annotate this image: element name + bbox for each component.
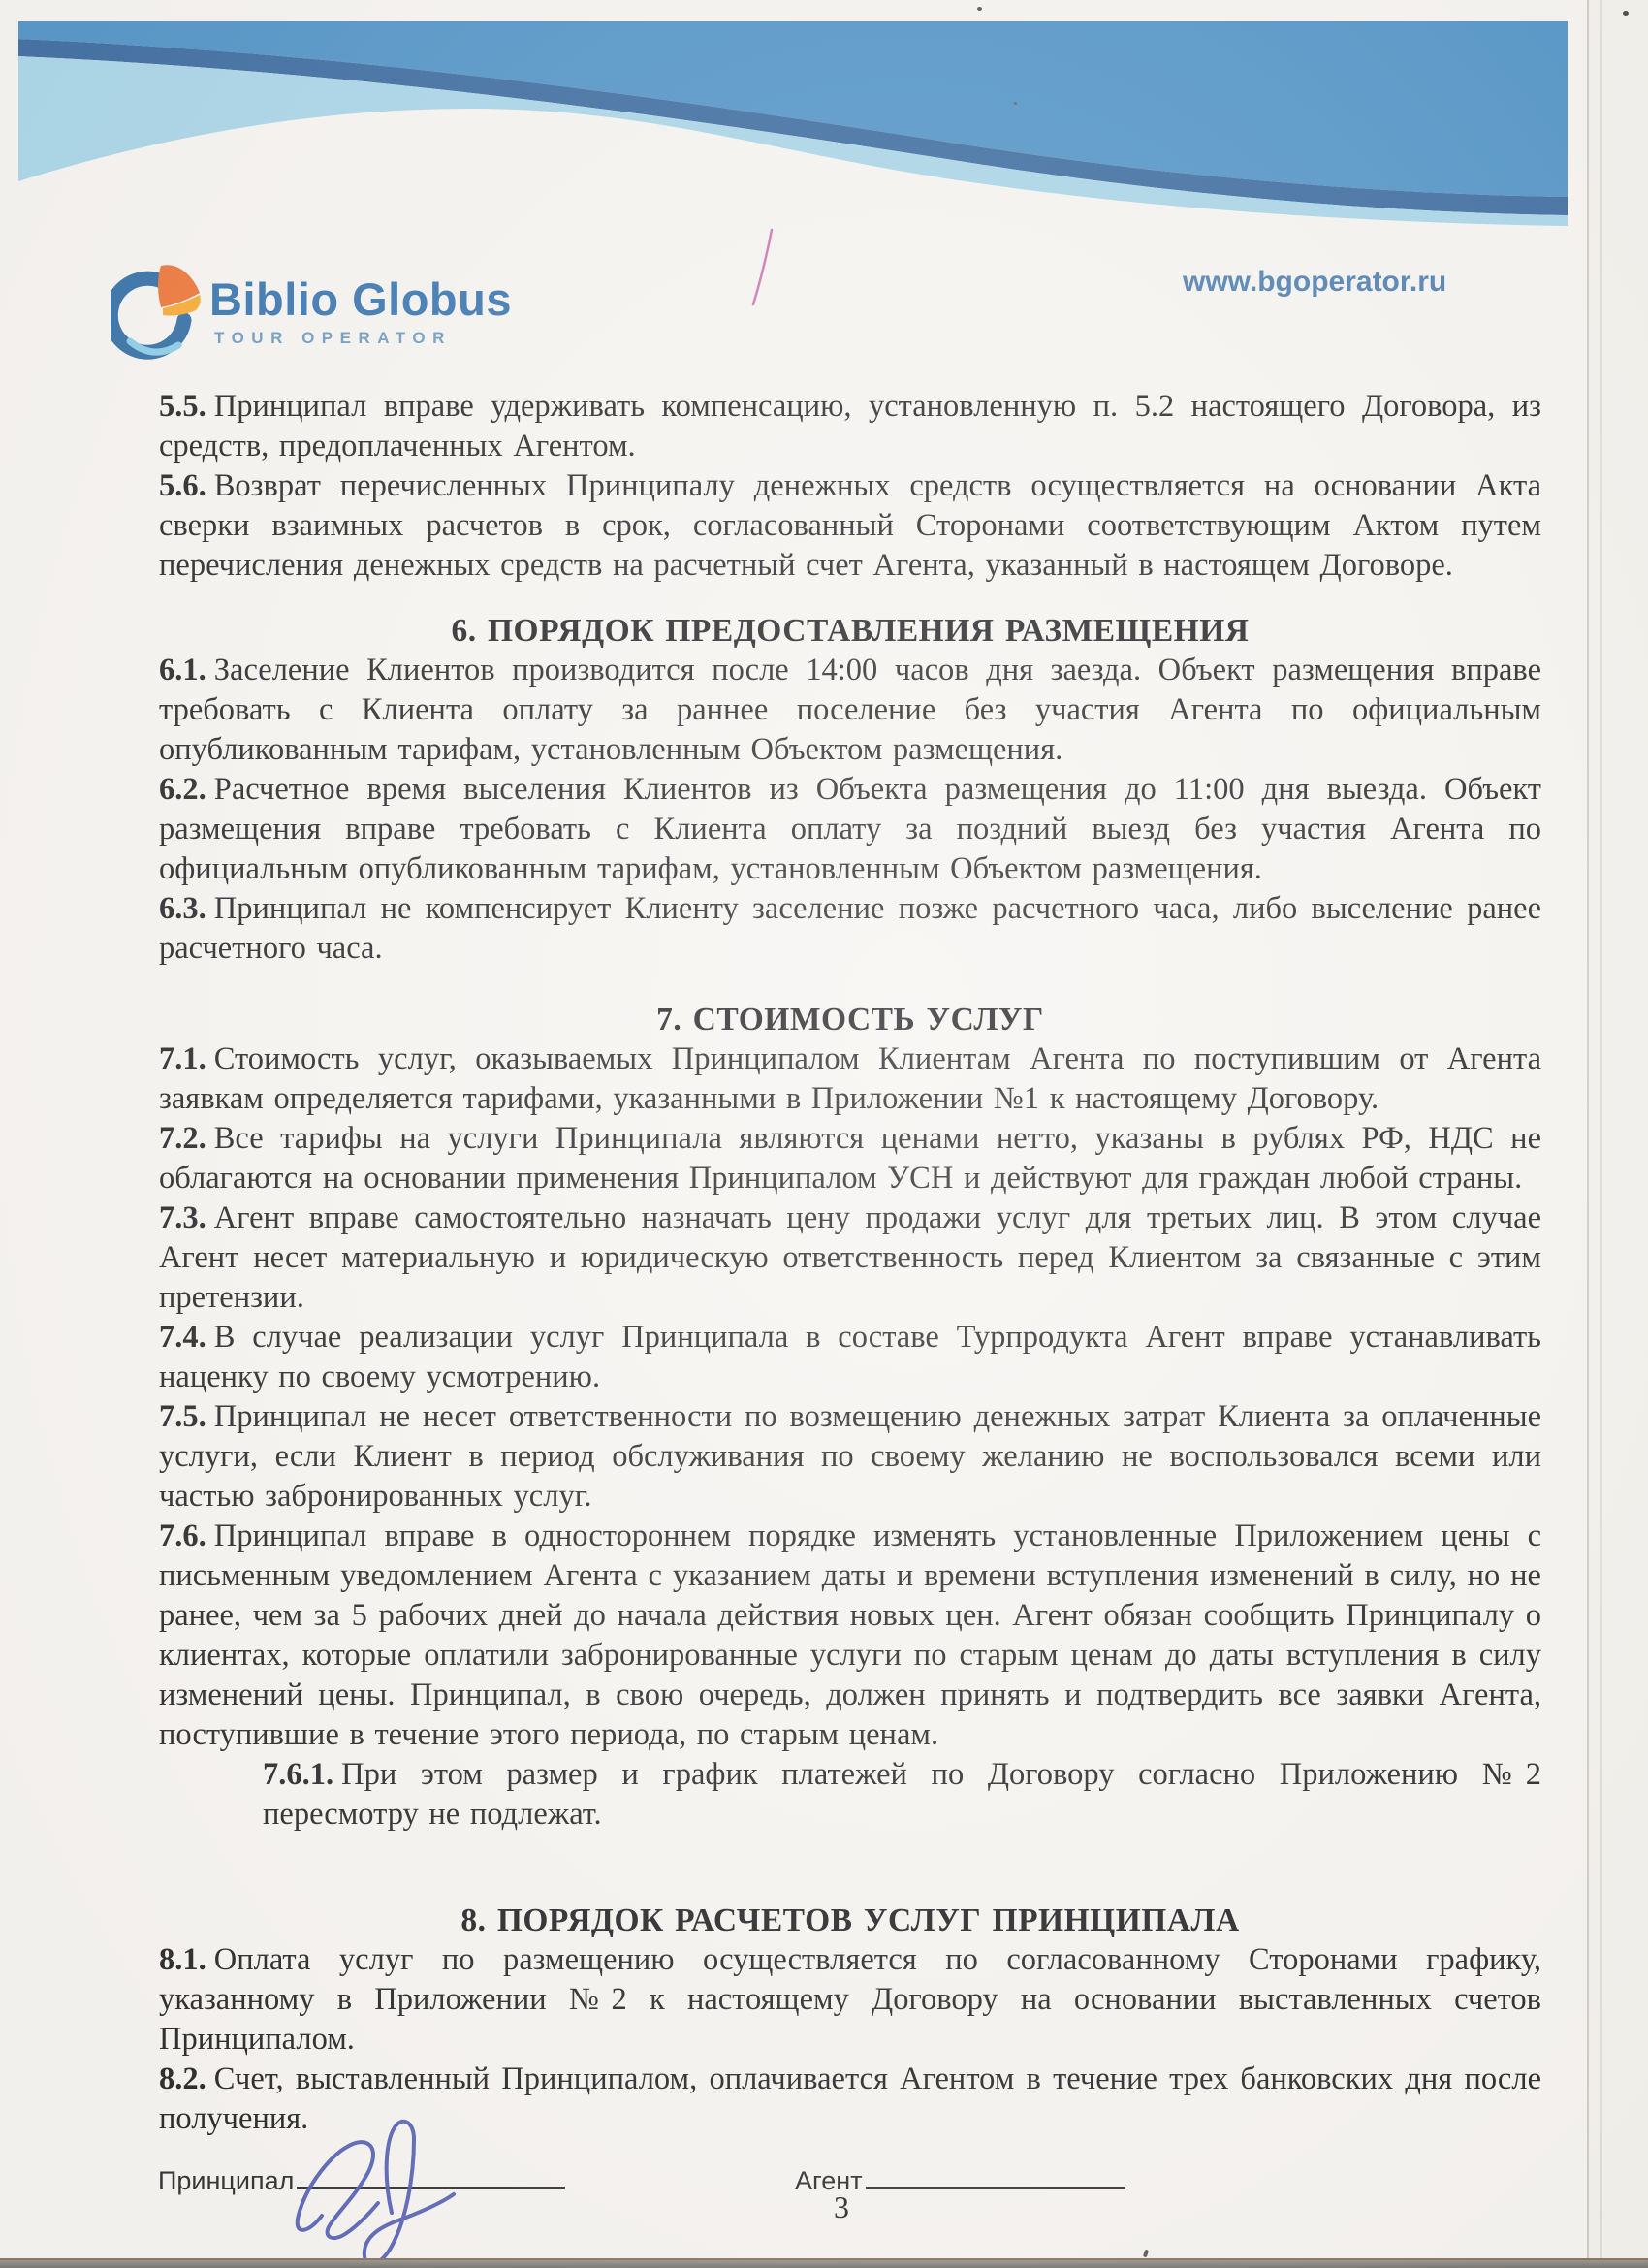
scan-fold-line [1587, 0, 1589, 2258]
clause-6-1: 6.1.Заселение Клиентов производится посл… [159, 651, 1541, 770]
clause-6-2: 6.2.Расчетное время выселения Клиентов и… [159, 770, 1541, 889]
clause-text: Оплата услуг по размещению осуществляетс… [159, 1942, 1541, 2057]
clause-number: 7.4. [159, 1320, 206, 1355]
scan-fold-line [1600, 0, 1602, 2258]
clause-7-1: 7.1.Стоимость услуг, оказываемых Принцип… [159, 1039, 1541, 1119]
clause-7-3: 7.3.Агент вправе самостоятельно назначат… [159, 1198, 1541, 1318]
clause-number: 8.2. [159, 2061, 206, 2096]
scanned-contract-page: Biblio Globus TOUR OPERATOR www.bgoperat… [0, 0, 1648, 2268]
clause-8-1: 8.1.Оплата услуг по размещению осуществл… [159, 1940, 1541, 2060]
clause-5-6: 5.6.Возврат перечисленных Принципалу ден… [159, 466, 1541, 586]
clause-text: Агент вправе самостоятельно назначать це… [159, 1200, 1541, 1315]
clause-text: Заселение Клиентов производится после 14… [159, 653, 1541, 767]
clause-text: Принципал не компенсирует Клиенту заселе… [159, 891, 1541, 966]
clause-8-2: 8.2.Счет, выставленный Принципалом, опла… [159, 2060, 1541, 2139]
clause-text: Принципал вправе удерживать компенсацию,… [159, 389, 1541, 463]
clause-text: Принципал не несет ответственности по во… [159, 1399, 1541, 1514]
clause-7-6-1: 7.6.1.При этом размер и график платежей … [263, 1755, 1541, 1835]
clause-5-5: 5.5.Принципал вправе удерживать компенса… [159, 387, 1541, 466]
scan-speck [977, 7, 982, 11]
clause-text: Возврат перечисленных Принципалу денежны… [159, 468, 1541, 583]
agent-signature-line [866, 2163, 1125, 2189]
principal-signature-line [297, 2163, 565, 2189]
scan-bottom-shadow [0, 2258, 1648, 2268]
clause-number: 7.6.1. [263, 1757, 333, 1792]
page-number: 3 [834, 2189, 849, 2225]
brand-tagline: TOUR OPERATOR [214, 330, 452, 347]
clause-number: 7.1. [159, 1041, 206, 1076]
clause-number: 5.6. [159, 468, 206, 503]
scan-right-margin [1587, 0, 1648, 2258]
clause-text: Принципал вправе в одностороннем порядке… [159, 1518, 1541, 1752]
website-url: www.bgoperator.ru [1183, 266, 1446, 299]
clause-text: При этом размер и график платежей по Дог… [263, 1757, 1541, 1832]
clause-7-2: 7.2.Все тарифы на услуги Принципала явля… [159, 1119, 1541, 1198]
clause-text: В случае реализации услуг Принципала в с… [159, 1320, 1541, 1394]
clause-text: Счет, выставленный Принципалом, оплачива… [159, 2061, 1541, 2136]
clause-number: 6.2. [159, 772, 206, 807]
scan-speck [1014, 102, 1017, 105]
clause-text: Расчетное время выселения Клиентов из Об… [159, 772, 1541, 886]
clause-7-6: 7.6.Принципал вправе в одностороннем пор… [159, 1517, 1541, 1755]
clause-7-5: 7.5.Принципал не несет ответственности п… [159, 1397, 1541, 1517]
principal-label: Принципал [158, 2166, 294, 2195]
clause-number: 8.1. [159, 1942, 206, 1977]
clause-6-3: 6.3.Принципал не компенсирует Клиенту за… [159, 889, 1541, 969]
clause-number: 7.6. [159, 1518, 206, 1553]
agent-label: Агент [795, 2166, 863, 2195]
clause-number: 6.1. [159, 653, 206, 687]
biblio-globus-logo-icon [111, 260, 204, 365]
clause-number: 7.3. [159, 1200, 206, 1235]
section-6-heading: 6. ПОРЯДОК ПРЕДОСТАВЛЕНИЯ РАЗМЕЩЕНИЯ [159, 611, 1541, 651]
scan-speck [1623, 11, 1629, 16]
clause-7-4: 7.4.В случае реализации услуг Принципала… [159, 1318, 1541, 1397]
clause-number: 7.2. [159, 1121, 206, 1156]
clause-number: 7.5. [159, 1399, 206, 1434]
clause-number: 6.3. [159, 891, 206, 926]
clause-text: Все тарифы на услуги Принципала являются… [159, 1121, 1541, 1196]
brand-name: Biblio Globus [209, 276, 512, 323]
section-7-heading: 7. СТОИМОСТЬ УСЛУГ [159, 1000, 1541, 1039]
section-8-heading: 8. ПОРЯДОК РАСЧЕТОВ УСЛУГ ПРИНЦИПАЛА [159, 1901, 1541, 1940]
scan-speck [1143, 2250, 1149, 2258]
clause-number: 5.5. [159, 389, 206, 424]
clause-text: Стоимость услуг, оказываемых Принципалом… [159, 1041, 1541, 1116]
principal-signature-block: Принципал [158, 2163, 565, 2196]
